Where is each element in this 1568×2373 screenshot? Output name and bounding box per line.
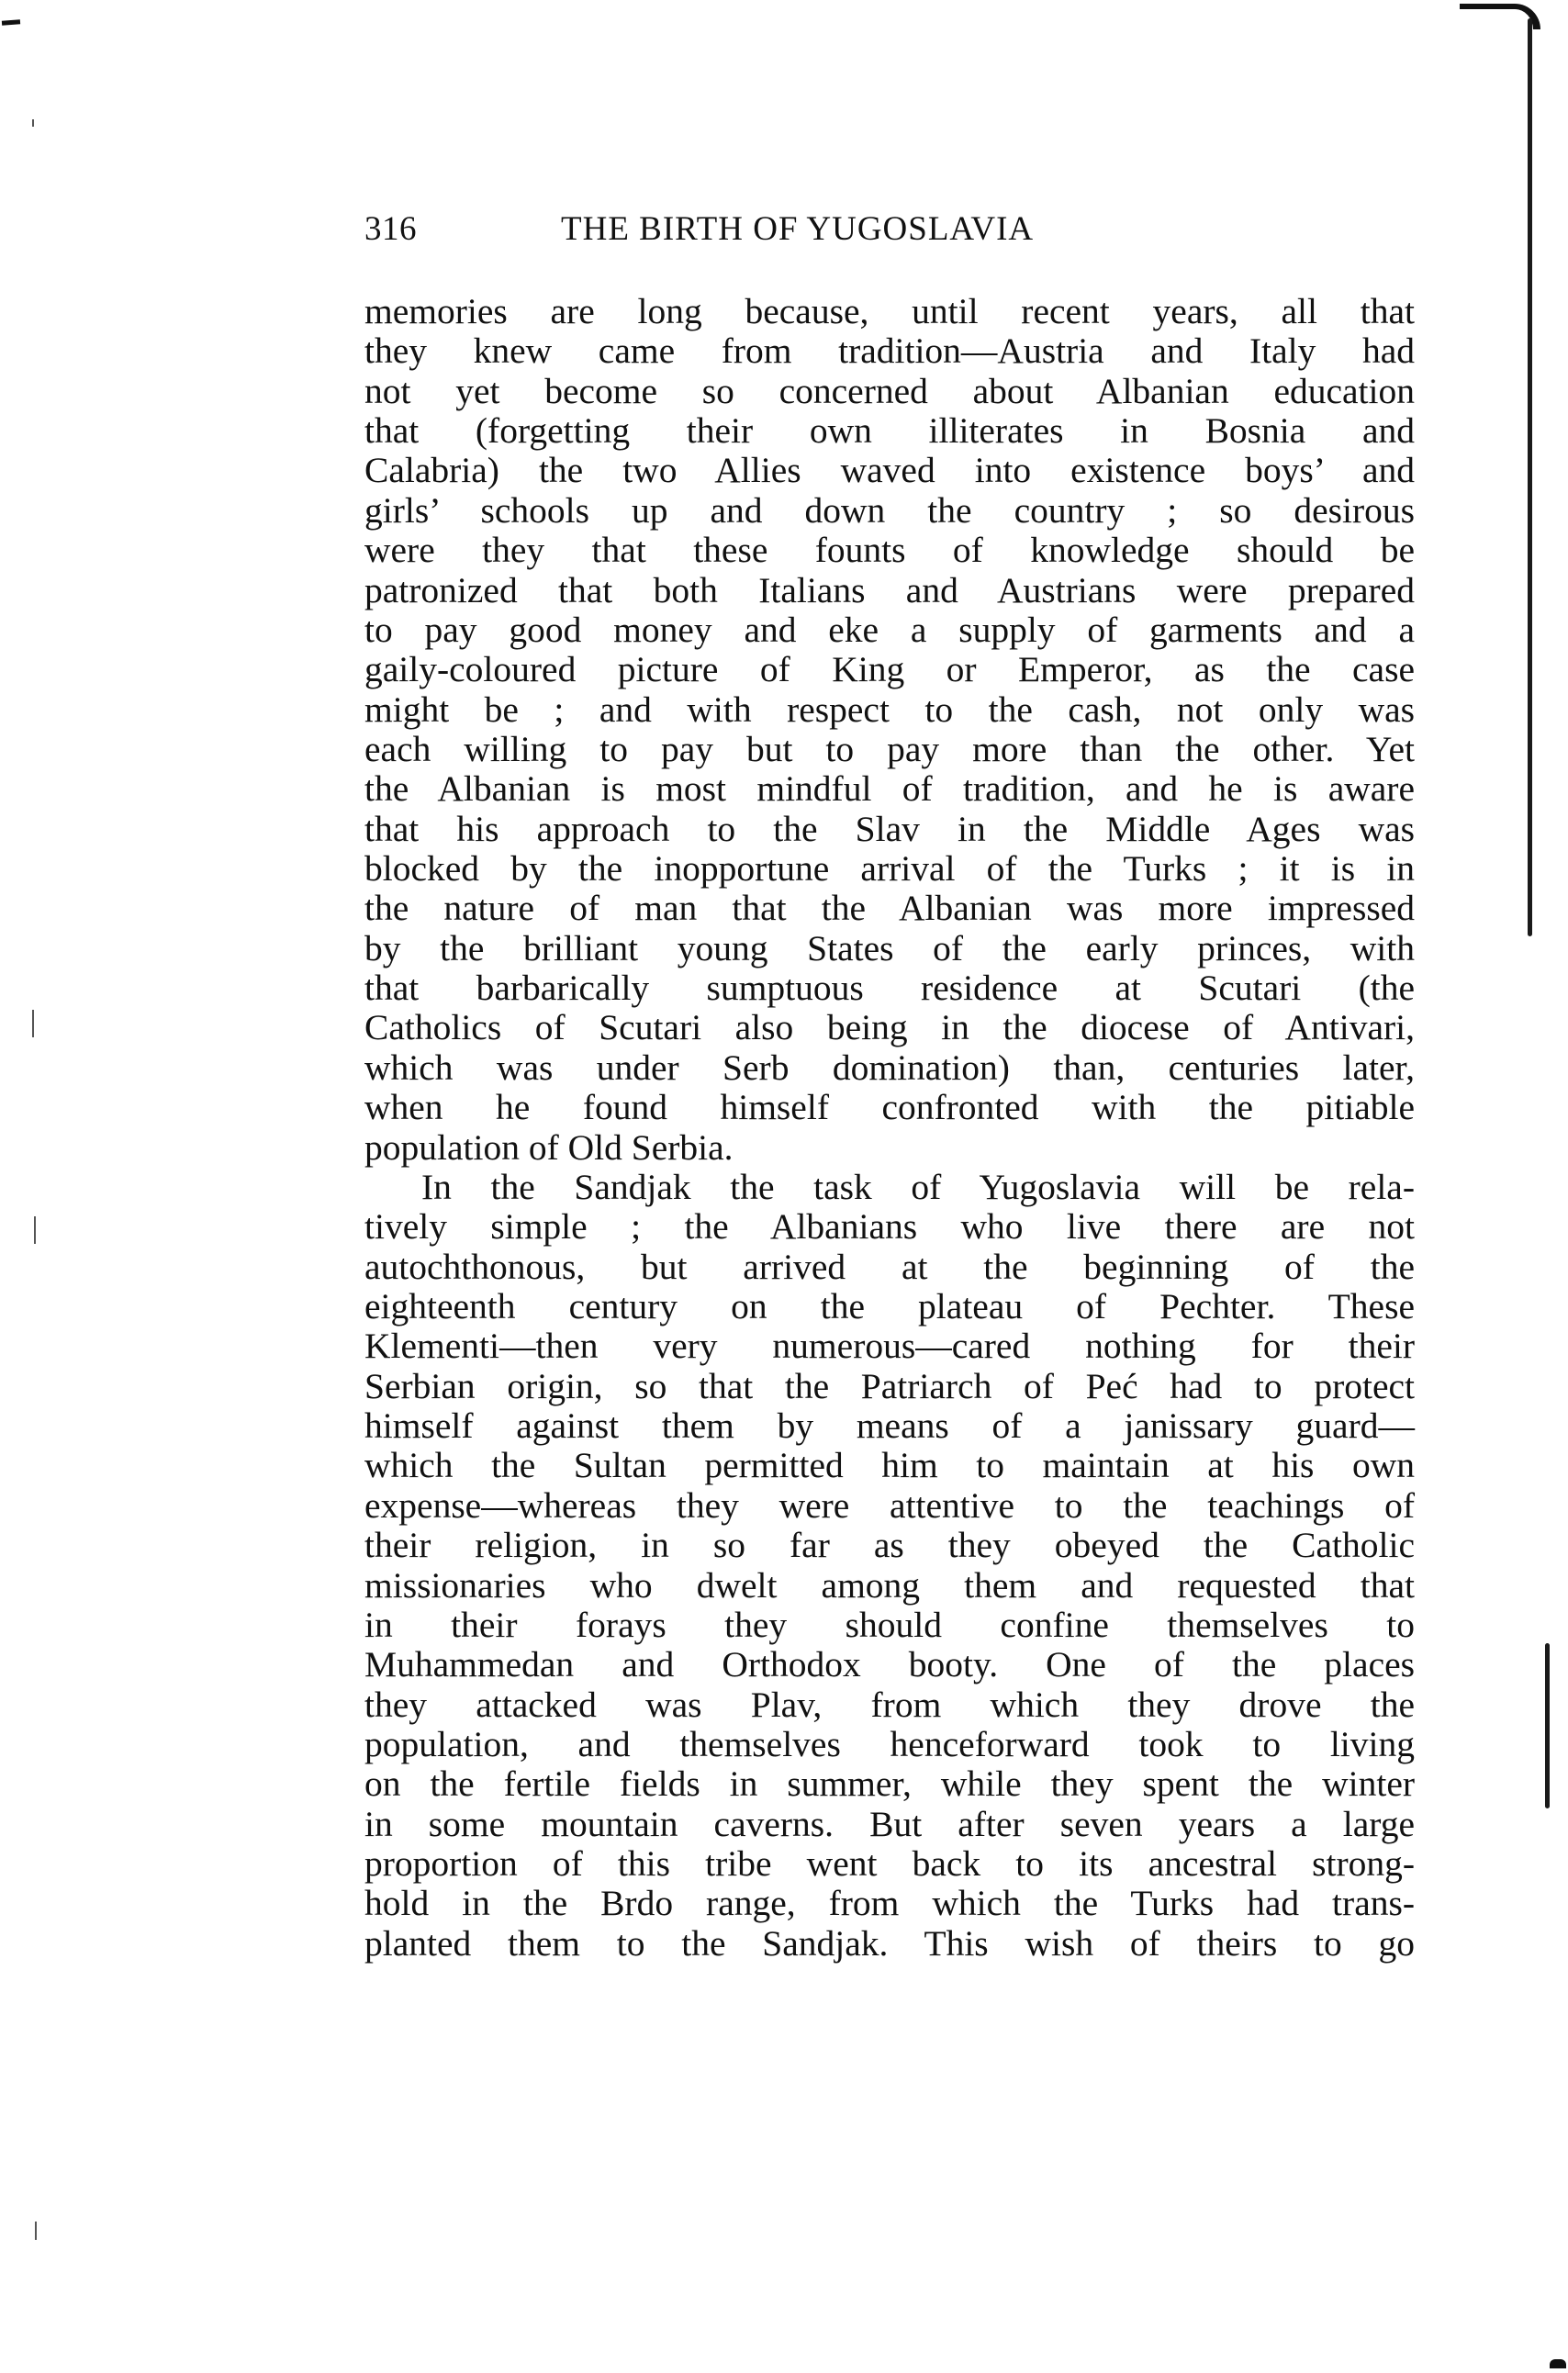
text-line: that barbarically sumptuous residence at… [364,968,1415,1008]
text-line: planted them to the Sandjak. This wish o… [364,1924,1415,1964]
text-line: the nature of man that the Albanian was … [364,889,1415,928]
text-line: to pay good money and eke a supply of ga… [364,610,1415,650]
text-line: patronized that both Italians and Austri… [364,571,1415,610]
text-line: might be ; and with respect to the cash,… [364,690,1415,730]
text-line: Muhammedan and Orthodox booty. One of th… [364,1645,1415,1685]
text-line: eighteenth century on the plateau of Pec… [364,1287,1415,1326]
scan-edge-mark [2,19,20,25]
text-line: expense—whereas they were attentive to t… [364,1486,1415,1526]
text-line: they attacked was Plav, from which they … [364,1685,1415,1725]
text-line: Serbian origin, so that the Patriarch of… [364,1367,1415,1406]
scan-page-edge-right-lower [1545,1643,1550,1808]
text-line: proportion of this tribe went back to it… [364,1844,1415,1884]
text-line: which was under Serb domination) than, c… [364,1048,1415,1088]
text-line: in their forays they should confine them… [364,1606,1415,1645]
scan-speck [35,2222,37,2240]
text-line: girls’ schools up and down the country ;… [364,491,1415,531]
text-line: each willing to pay but to pay more than… [364,730,1415,769]
text-line: the Albanian is most mindful of traditio… [364,769,1415,809]
text-line: missionaries who dwelt among them and re… [364,1566,1415,1606]
page-header: 316 THE BIRTH OF YUGOSLAVIA [364,209,1414,255]
scan-corner-mark [1550,2359,1566,2368]
text-line: their religion, in so far as they obeyed… [364,1526,1415,1565]
text-line: himself against them by means of a janis… [364,1406,1415,1446]
text-line: Calabria) the two Allies waved into exis… [364,451,1415,490]
text-line: that his approach to the Slav in the Mid… [364,810,1415,849]
text-line: when he found himself confronted with th… [364,1088,1415,1127]
paragraph-start-line: In the Sandjak the task of Yugoslavia wi… [364,1168,1415,1207]
text-line: that (forgetting their own illiterates i… [364,411,1415,451]
text-line: population, and themselves henceforward … [364,1725,1415,1764]
scan-speck [32,1010,34,1037]
text-line: memories are long because, until recent … [364,292,1415,331]
text-line: in some mountain caverns. But after seve… [364,1805,1415,1844]
text-line: Klementi—then very numerous—cared nothin… [364,1326,1415,1366]
scan-page-edge-right [1528,18,1532,936]
text-line: blocked by the inopportune arrival of th… [364,849,1415,889]
body-text: memories are long because, until recent … [364,292,1415,1964]
text-line: Catholics of Scutari also being in the d… [364,1008,1415,1047]
text-line: not yet become so concerned about Albani… [364,372,1415,411]
text-line: hold in the Brdo range, from which the T… [364,1884,1415,1923]
paragraph-end-line: population of Old Serbia. [364,1128,1415,1168]
text-line: tively simple ; the Albanians who live t… [364,1207,1415,1247]
scan-speck [32,119,34,127]
page-number: 316 [364,209,417,249]
text-line: on the fertile fields in summer, while t… [364,1764,1415,1804]
text-line: by the brilliant young States of the ear… [364,929,1415,968]
scan-speck [34,1216,36,1244]
text-line: were they that these founts of knowledge… [364,531,1415,570]
text-line: gaily-coloured picture of King or Empero… [364,650,1415,689]
running-title: THE BIRTH OF YUGOSLAVIA [561,209,1034,249]
text-line: autochthonous, but arrived at the beginn… [364,1248,1415,1287]
text-line: which the Sultan permitted him to mainta… [364,1446,1415,1485]
text-line: they knew came from tradition—Austria an… [364,331,1415,371]
